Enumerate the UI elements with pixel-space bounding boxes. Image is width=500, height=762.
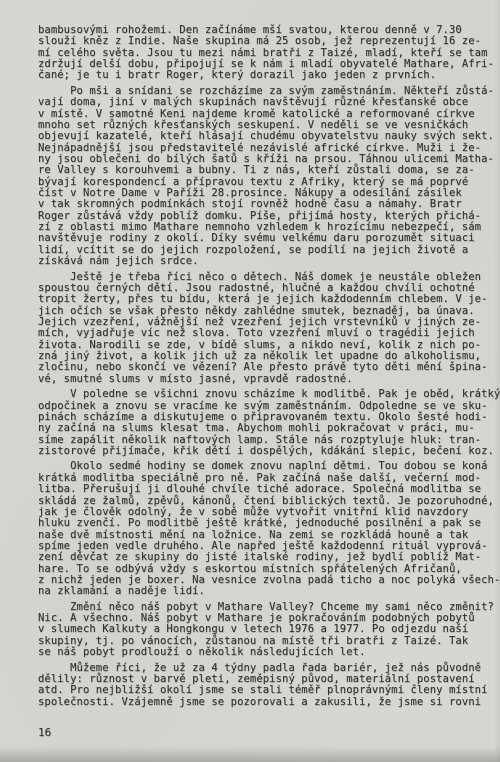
paragraph: Změní něco náš pobyt v Mathare Valley? C… (38, 602, 500, 659)
paragraph: Můžeme říci, že už za 4 týdny padla řada… (38, 663, 500, 708)
paragraph: V poledne se všichni znovu scházíme k mo… (38, 389, 500, 457)
scan-edge-shadow-right (494, 0, 500, 762)
text-line: čané; je tu i bratr Roger, který dorazil… (38, 70, 500, 81)
text-line: společnosti. Vzájemně jsme se pozorovali… (38, 697, 500, 708)
text-line: tropit žerty, přes tu bídu, která je jej… (38, 294, 500, 305)
scanned-page: bambusovými rohožemi. Den začínáme mší s… (0, 0, 500, 762)
text-line: zistorové přijímače, křik dětí i dospělý… (38, 446, 500, 457)
text-line: re Valley s korouhvemi a bubny. Ti z nás… (38, 165, 500, 176)
paragraph: Po mši a snídani se rozcházíme za svým z… (38, 86, 500, 268)
text-line: se náš pobyt prodlouží o několik následu… (38, 647, 500, 658)
page-number: 16 (38, 726, 51, 739)
text-line: vé, smutné slums v místo jasné, vpravdě … (38, 374, 500, 385)
page-text: bambusovými rohožemi. Den začínáme mší s… (38, 25, 500, 712)
text-line: vají doma, jiní v malých skupinách navšt… (38, 97, 500, 108)
text-line: slouží kněz z Indie. Naše skupina má 25 … (38, 36, 500, 47)
text-line: v tak skromných podmínkách stojí rovněž … (38, 199, 500, 210)
paragraph: Okolo sedmé hodiny se domek znovu naplní… (38, 461, 500, 597)
paragraph: bambusovými rohožemi. Den začínáme mší s… (38, 25, 500, 82)
text-line: zločinu, nebo skončí ve vězení? Ale přes… (38, 362, 500, 373)
text-line: litba. Přerušují ji dlouhé chvíle tiché … (38, 484, 500, 495)
paragraph: Ještě je třeba říci něco o dětech. Náš d… (38, 272, 500, 385)
text-line: mích, vyjadřuje víc než slova. Toto vzez… (38, 328, 500, 339)
text-line: hluku zvenčí. Po modlitbě ještě krátké, … (38, 518, 500, 529)
text-line: získává nám jejich srdce. (38, 256, 500, 267)
scan-edge-shadow-bottom (0, 746, 500, 762)
text-line: V poledne se všichni znovu scházíme k mo… (38, 389, 500, 400)
text-line: zení děvčat ze skupiny do jisté italské … (38, 552, 500, 563)
text-line: ny začíná na slums klesat tma. Abychom m… (38, 423, 500, 434)
text-line: na zklamání a naděje lidí. (38, 586, 500, 597)
text-line: objevují kazatelé, kteří hlásají chudému… (38, 131, 500, 142)
